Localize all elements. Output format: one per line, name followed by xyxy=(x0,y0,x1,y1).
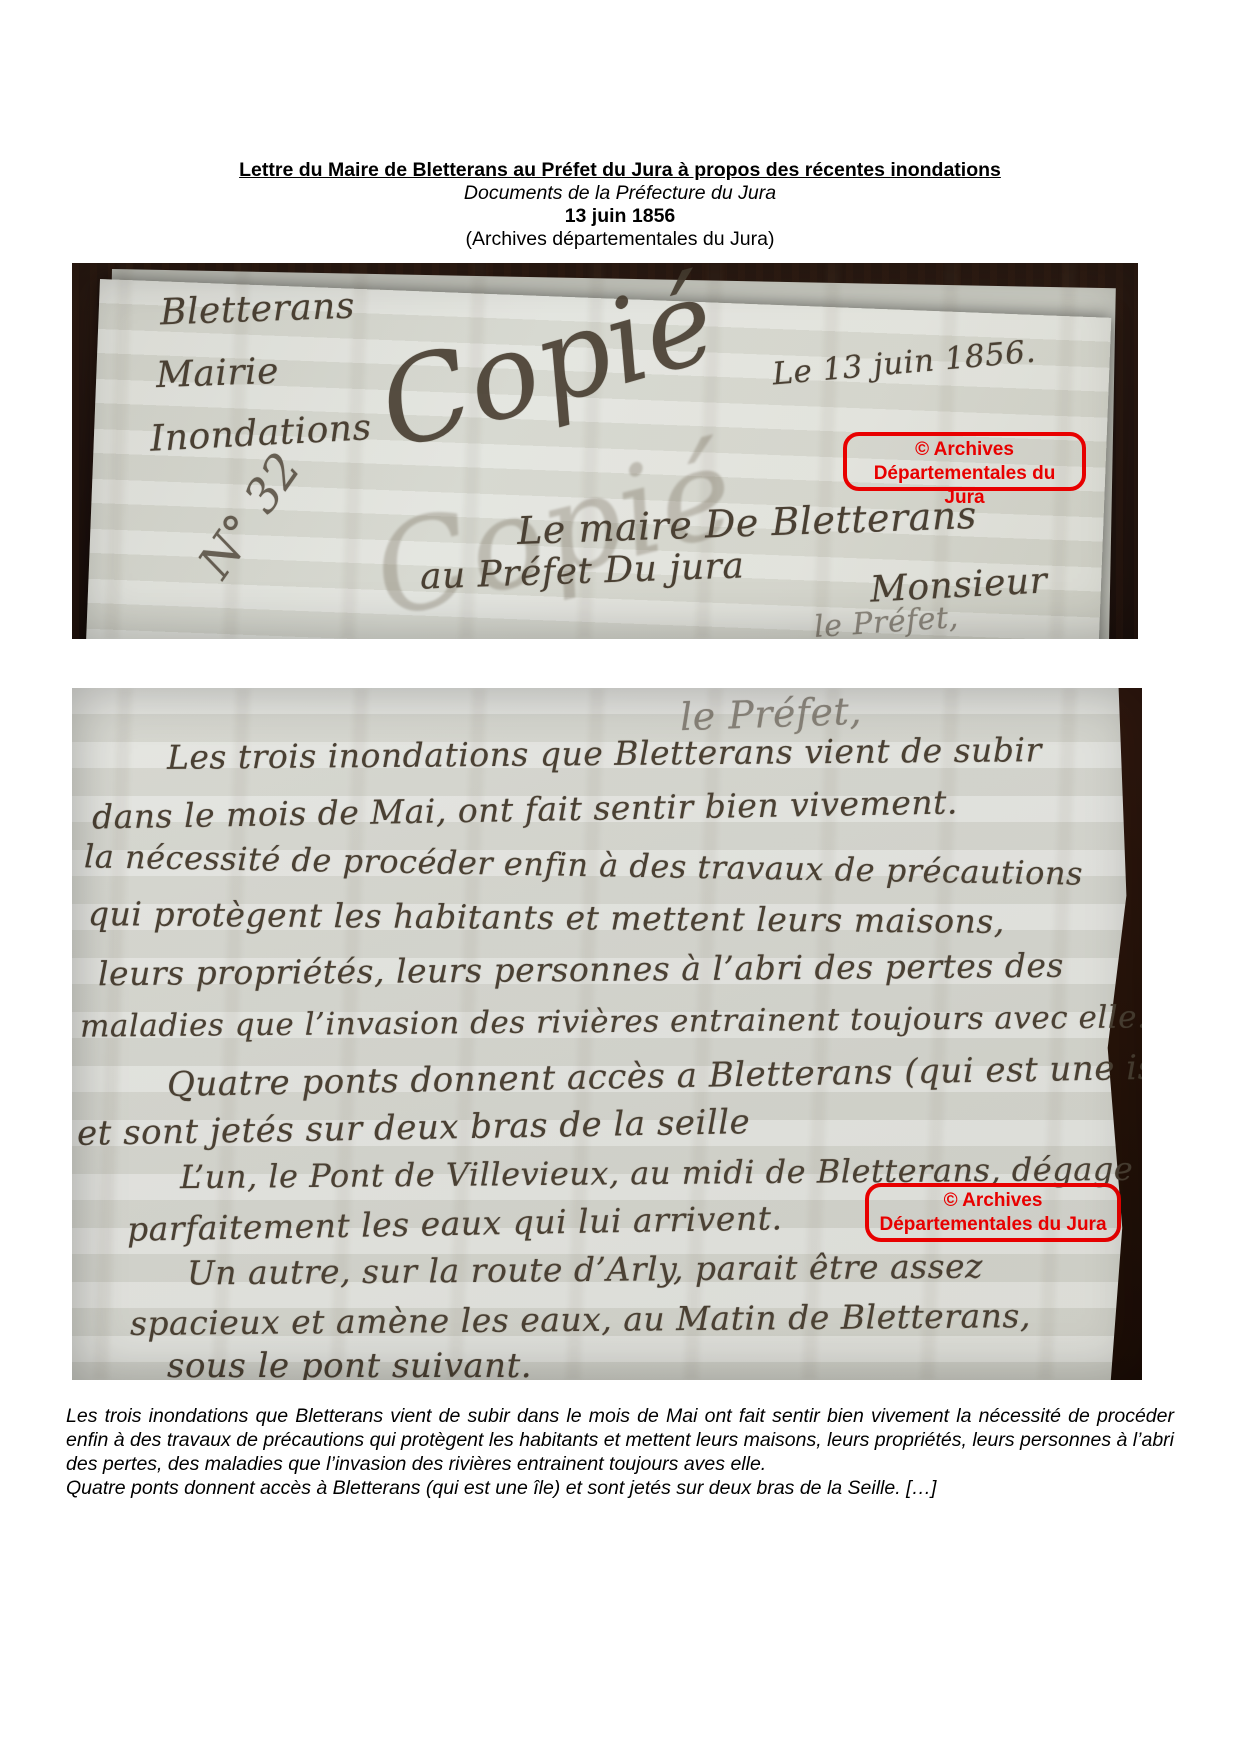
page-title: Lettre du Maire de Bletterans au Préfet … xyxy=(0,159,1240,182)
document-header: Lettre du Maire de Bletterans au Préfet … xyxy=(0,159,1240,251)
photo-vignette xyxy=(72,263,1138,639)
photo-letter-header: Bletterans Mairie Inondations Copié Copi… xyxy=(72,263,1138,639)
transcription-paragraph: Les trois inondations que Bletterans vie… xyxy=(66,1404,1174,1476)
document-date: 13 juin 1856 xyxy=(0,205,1240,228)
page-subtitle: Documents de la Préfecture du Jura xyxy=(0,182,1240,205)
transcription-block: Les trois inondations que Bletterans vie… xyxy=(66,1404,1174,1500)
document-source: (Archives départementales du Jura) xyxy=(0,228,1240,251)
photo-letter-body: le Préfet, Les trois inondations que Ble… xyxy=(72,688,1142,1380)
transcription-paragraph: Quatre ponts donnent accès à Bletterans … xyxy=(66,1476,1174,1500)
photo-vignette xyxy=(72,688,1142,1380)
